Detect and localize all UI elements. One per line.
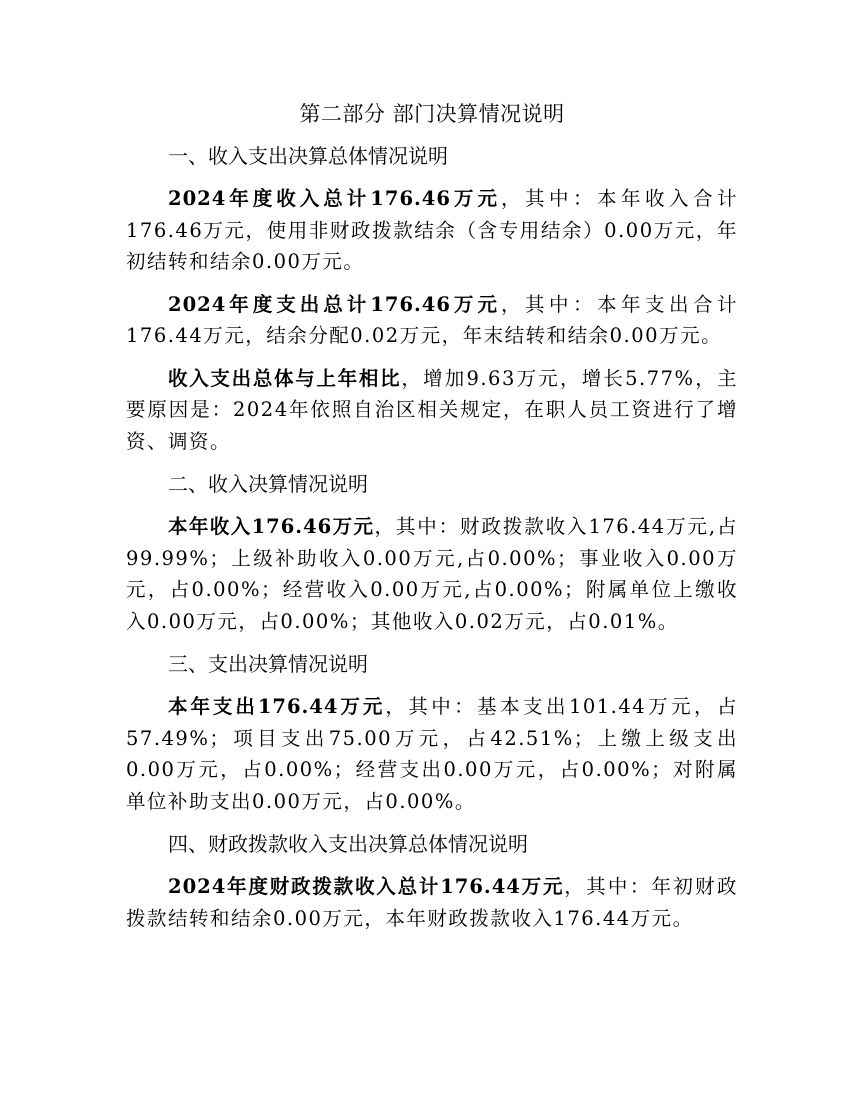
paragraph-total-expenditure: 2024年度支出总计176.46万元，其中：本年支出合计176.44万元，结余分…	[126, 289, 738, 352]
emphasis-text: 本年支出176.44万元	[168, 695, 385, 718]
paragraph-total-income: 2024年度收入总计176.46万元，其中：本年收入合计176.46万元，使用非…	[126, 183, 738, 278]
emphasis-text: 本年收入176.46万元	[168, 515, 374, 538]
section-income-expenditure-overview: 一、收入支出决算总体情况说明 2024年度收入总计176.46万元，其中：本年收…	[126, 140, 738, 457]
emphasis-text: 收入支出总体与上年相比	[168, 367, 401, 390]
document-page: 第二部分 部门决算情况说明 一、收入支出决算总体情况说明 2024年度收入总计1…	[126, 98, 738, 945]
emphasis-text: 2024年度收入总计176.46万元	[168, 187, 501, 210]
section-heading: 四、财政拨款收入支出决算总体情况说明	[126, 828, 738, 860]
paragraph-expenditure-breakdown: 本年支出176.44万元，其中：基本支出101.44万元，占57.49%；项目支…	[126, 691, 738, 817]
paragraph-income-breakdown: 本年收入176.46万元，其中：财政拨款收入176.44万元,占99.99%；上…	[126, 511, 738, 637]
section-heading: 三、支出决算情况说明	[126, 648, 738, 680]
emphasis-text: 2024年度支出总计176.46万元	[168, 293, 501, 316]
paragraph-year-over-year: 收入支出总体与上年相比，增加9.63万元，增长5.77%，主要原因是：2024年…	[126, 363, 738, 458]
section-expenditure-details: 三、支出决算情况说明 本年支出176.44万元，其中：基本支出101.44万元，…	[126, 648, 738, 817]
emphasis-text: 2024年度财政拨款收入总计176.44万元	[168, 875, 564, 898]
section-heading: 二、收入决算情况说明	[126, 468, 738, 500]
paragraph-fiscal-appropriation: 2024年度财政拨款收入总计176.44万元，其中：年初财政拨款结转和结余0.0…	[126, 871, 738, 934]
page-title: 第二部分 部门决算情况说明	[126, 98, 738, 130]
section-fiscal-appropriation-overview: 四、财政拨款收入支出决算总体情况说明 2024年度财政拨款收入总计176.44万…	[126, 828, 738, 934]
section-income-details: 二、收入决算情况说明 本年收入176.46万元，其中：财政拨款收入176.44万…	[126, 468, 738, 637]
section-heading: 一、收入支出决算总体情况说明	[126, 140, 738, 172]
